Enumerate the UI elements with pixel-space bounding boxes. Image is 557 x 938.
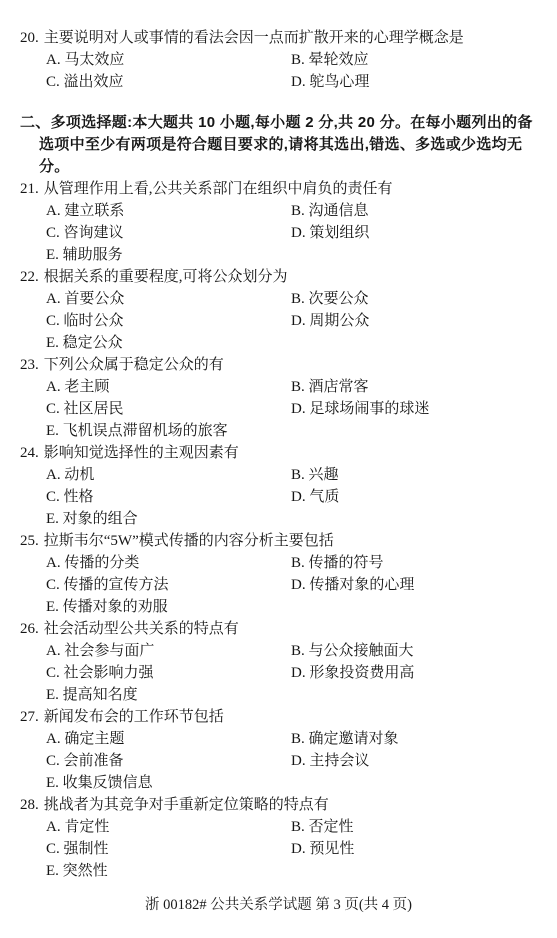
- question-number: 25.: [20, 533, 39, 549]
- option-row: C. 社会影响力强 D. 形象投资费用高: [0, 662, 557, 684]
- option-row: A. 动机 B. 兴趣: [0, 464, 557, 486]
- option-d: D. 形象投资费用高: [291, 662, 557, 684]
- question-26: 26.社会活动型公共关系的特点有 A. 社会参与面广 B. 与公众接触面大 C.…: [0, 618, 557, 706]
- option-row: E. 收集反馈信息: [0, 772, 557, 794]
- option-row: E. 传播对象的劝服: [0, 596, 557, 618]
- question-stem: 22.根据关系的重要程度,可将公众划分为: [0, 266, 557, 288]
- option-row: E. 飞机误点滞留机场的旅客: [0, 420, 557, 442]
- option-row: A. 确定主题 B. 确定邀请对象: [0, 728, 557, 750]
- option-row: E. 稳定公众: [0, 332, 557, 354]
- option-row: A. 首要公众 B. 次要公众: [0, 288, 557, 310]
- question-text: 从管理作用上看,公共关系部门在组织中肩负的责任有: [44, 181, 393, 197]
- option-b: B. 兴趣: [291, 464, 557, 486]
- option-c: C. 临时公众: [46, 310, 291, 332]
- question-number: 27.: [20, 709, 39, 725]
- option-d: D. 鸵鸟心理: [291, 71, 557, 93]
- option-a: A. 动机: [46, 464, 291, 486]
- option-b: B. 晕轮效应: [291, 49, 557, 71]
- option-row: E. 对象的组合: [0, 508, 557, 530]
- question-stem: 25.拉斯韦尔“5W”模式传播的内容分析主要包括: [0, 530, 557, 552]
- option-e: E. 对象的组合: [46, 508, 291, 530]
- option-a: A. 社会参与面广: [46, 640, 291, 662]
- option-row: C. 传播的宣传方法 D. 传播对象的心理: [0, 574, 557, 596]
- question-27: 27.新闻发布会的工作环节包括 A. 确定主题 B. 确定邀请对象 C. 会前准…: [0, 706, 557, 794]
- option-b: B. 酒店常客: [291, 376, 557, 398]
- option-row: C. 强制性 D. 预见性: [0, 838, 557, 860]
- option-c: C. 咨询建议: [46, 222, 291, 244]
- question-stem: 28.挑战者为其竞争对手重新定位策略的特点有: [0, 794, 557, 816]
- option-b: B. 确定邀请对象: [291, 728, 557, 750]
- question-21: 21.从管理作用上看,公共关系部门在组织中肩负的责任有 A. 建立联系 B. 沟…: [0, 178, 557, 266]
- option-c: C. 社区居民: [46, 398, 291, 420]
- option-row: C. 临时公众 D. 周期公众: [0, 310, 557, 332]
- question-number: 23.: [20, 357, 39, 373]
- option-c: C. 溢出效应: [46, 71, 291, 93]
- option-e: E. 稳定公众: [46, 332, 291, 354]
- question-stem: 20.主要说明对人或事情的看法会因一点而扩散开来的心理学概念是: [0, 27, 557, 49]
- question-stem: 23.下列公众属于稳定公众的有: [0, 354, 557, 376]
- question-text: 拉斯韦尔“5W”模式传播的内容分析主要包括: [44, 533, 334, 549]
- question-number: 26.: [20, 621, 39, 637]
- option-e: E. 辅助服务: [46, 244, 291, 266]
- question-text: 下列公众属于稳定公众的有: [44, 357, 224, 373]
- option-e: E. 传播对象的劝服: [46, 596, 291, 618]
- option-row: C. 性格 D. 气质: [0, 486, 557, 508]
- option-e: E. 收集反馈信息: [46, 772, 291, 794]
- question-text: 新闻发布会的工作环节包括: [44, 709, 224, 725]
- option-a: A. 老主顾: [46, 376, 291, 398]
- option-row: E. 辅助服务: [0, 244, 557, 266]
- page-footer: 浙 00182# 公共关系学试题 第 3 页(共 4 页): [0, 894, 557, 916]
- question-25: 25.拉斯韦尔“5W”模式传播的内容分析主要包括 A. 传播的分类 B. 传播的…: [0, 530, 557, 618]
- question-28: 28.挑战者为其竞争对手重新定位策略的特点有 A. 肯定性 B. 否定性 C. …: [0, 794, 557, 882]
- option-a: A. 传播的分类: [46, 552, 291, 574]
- option-a: A. 肯定性: [46, 816, 291, 838]
- option-row: E. 提高知名度: [0, 684, 557, 706]
- option-a: A. 马太效应: [46, 49, 291, 71]
- question-stem: 26.社会活动型公共关系的特点有: [0, 618, 557, 640]
- option-row: C. 社区居民 D. 足球场闹事的球迷: [0, 398, 557, 420]
- option-row: A. 马太效应 B. 晕轮效应: [0, 49, 557, 71]
- option-b: B. 否定性: [291, 816, 557, 838]
- option-b: B. 与公众接触面大: [291, 640, 557, 662]
- option-e: E. 提高知名度: [46, 684, 291, 706]
- option-e: E. 飞机误点滞留机场的旅客: [46, 420, 291, 442]
- question-22: 22.根据关系的重要程度,可将公众划分为 A. 首要公众 B. 次要公众 C. …: [0, 266, 557, 354]
- option-b: B. 次要公众: [291, 288, 557, 310]
- question-20: 20.主要说明对人或事情的看法会因一点而扩散开来的心理学概念是 A. 马太效应 …: [0, 27, 557, 93]
- option-d: D. 传播对象的心理: [291, 574, 557, 596]
- option-d: D. 气质: [291, 486, 557, 508]
- option-row: C. 会前准备 D. 主持会议: [0, 750, 557, 772]
- option-row: A. 老主顾 B. 酒店常客: [0, 376, 557, 398]
- question-stem: 24.影响知觉选择性的主观因素有: [0, 442, 557, 464]
- option-d: D. 主持会议: [291, 750, 557, 772]
- option-a: A. 首要公众: [46, 288, 291, 310]
- option-row: A. 传播的分类 B. 传播的符号: [0, 552, 557, 574]
- question-stem: 27.新闻发布会的工作环节包括: [0, 706, 557, 728]
- option-d: D. 策划组织: [291, 222, 557, 244]
- option-c: C. 性格: [46, 486, 291, 508]
- option-row: A. 社会参与面广 B. 与公众接触面大: [0, 640, 557, 662]
- option-row: A. 建立联系 B. 沟通信息: [0, 200, 557, 222]
- section-heading: 二、多项选择题:本大题共 10 小题,每小题 2 分,共 20 分。在每小题列出…: [0, 112, 541, 178]
- question-text: 主要说明对人或事情的看法会因一点而扩散开来的心理学概念是: [44, 30, 464, 46]
- option-row: C. 溢出效应 D. 鸵鸟心理: [0, 71, 557, 93]
- option-e: E. 突然性: [46, 860, 291, 882]
- option-b: B. 沟通信息: [291, 200, 557, 222]
- option-c: C. 传播的宣传方法: [46, 574, 291, 596]
- option-a: A. 确定主题: [46, 728, 291, 750]
- exam-page: 20.主要说明对人或事情的看法会因一点而扩散开来的心理学概念是 A. 马太效应 …: [0, 0, 557, 938]
- question-number: 22.: [20, 269, 39, 285]
- option-d: D. 预见性: [291, 838, 557, 860]
- option-a: A. 建立联系: [46, 200, 291, 222]
- question-text: 根据关系的重要程度,可将公众划分为: [44, 269, 288, 285]
- option-d: D. 周期公众: [291, 310, 557, 332]
- option-row: C. 咨询建议 D. 策划组织: [0, 222, 557, 244]
- option-row: A. 肯定性 B. 否定性: [0, 816, 557, 838]
- question-23: 23.下列公众属于稳定公众的有 A. 老主顾 B. 酒店常客 C. 社区居民 D…: [0, 354, 557, 442]
- question-number: 24.: [20, 445, 39, 461]
- option-c: C. 强制性: [46, 838, 291, 860]
- question-number: 28.: [20, 797, 39, 813]
- question-text: 社会活动型公共关系的特点有: [44, 621, 239, 637]
- question-number: 20.: [20, 30, 39, 46]
- question-24: 24.影响知觉选择性的主观因素有 A. 动机 B. 兴趣 C. 性格 D. 气质…: [0, 442, 557, 530]
- question-stem: 21.从管理作用上看,公共关系部门在组织中肩负的责任有: [0, 178, 557, 200]
- option-row: E. 突然性: [0, 860, 557, 882]
- option-d: D. 足球场闹事的球迷: [291, 398, 557, 420]
- option-c: C. 社会影响力强: [46, 662, 291, 684]
- question-text: 挑战者为其竞争对手重新定位策略的特点有: [44, 797, 329, 813]
- question-text: 影响知觉选择性的主观因素有: [44, 445, 239, 461]
- question-number: 21.: [20, 181, 39, 197]
- option-b: B. 传播的符号: [291, 552, 557, 574]
- option-c: C. 会前准备: [46, 750, 291, 772]
